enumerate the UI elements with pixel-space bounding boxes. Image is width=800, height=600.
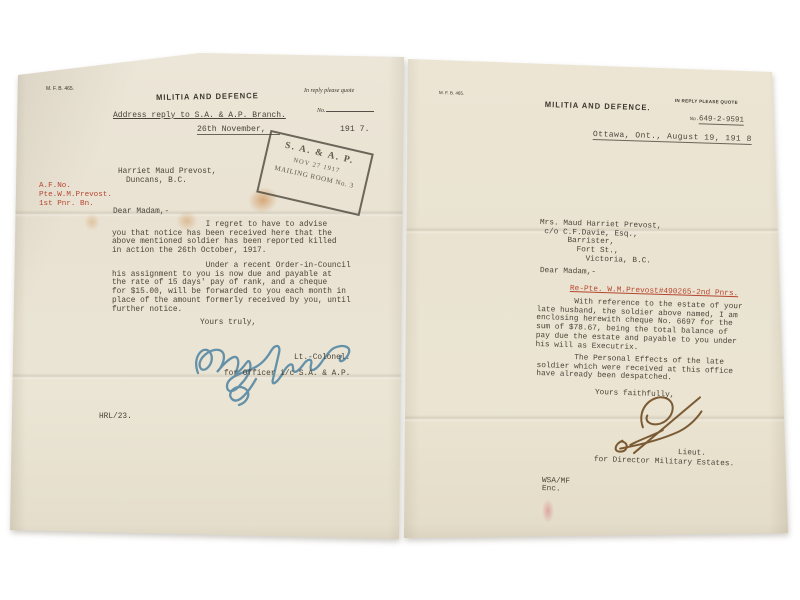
form-number: M. F. B. 465. [439, 90, 464, 96]
fold-crease [404, 415, 788, 422]
signature-for: for Director Military Estates. [594, 456, 735, 469]
reply-no-field: No. [317, 104, 374, 114]
form-number: M. F. B. 465. [46, 86, 74, 92]
date-text: Ottawa, Ont., August 19, 191 8 [593, 130, 752, 145]
date-year: 191 7. [340, 126, 369, 135]
date-text: 26th November, [197, 125, 280, 135]
blank-line [326, 104, 374, 112]
pink-stain [542, 499, 554, 523]
typist-reference: HRL/23. [99, 413, 132, 422]
salutation: Dear Madam,- [540, 267, 596, 277]
file-no-value: 649-2-9591 [699, 115, 744, 125]
reply-no-label: No. [317, 108, 326, 114]
reference-line-red: Re-Pte. W.M.Prevost#490265-2nd Pnrs. [570, 285, 739, 299]
signature-rank: Lieut. [678, 449, 706, 459]
reply-quote-label: In reply please quote [304, 88, 354, 94]
letterhead-title: MILITIA AND DEFENCE [156, 91, 259, 102]
signature-for: for Officer i/c S.A. & A.P. [224, 370, 350, 379]
left-letter-paper: M. F. B. 465. MILITIA AND DEFENCE In rep… [10, 53, 404, 539]
paragraph-1: With reference to the estate of your lat… [535, 297, 742, 356]
left-letter: M. F. B. 465. MILITIA AND DEFENCE In rep… [10, 53, 404, 539]
address-reply-line: Address reply to S.A. & A.P. Branch. [113, 112, 286, 121]
date-line: 26th November, [197, 126, 280, 135]
file-no-label: No. [690, 116, 699, 122]
paragraph-2: The Personal Effects of the late soldier… [536, 353, 733, 385]
date-line: Ottawa, Ont., August 19, 191 8 [593, 131, 752, 145]
signature-rank: Lt.-Colonel. [294, 354, 350, 363]
salutation: Dear Madam,- [113, 208, 169, 217]
paragraph-2: Under a recent Order-in-Council his assi… [112, 262, 351, 314]
mailing-room-stamp: S. A. & A. P. NOV 27 1917 MAILING ROOM N… [256, 130, 374, 216]
letterhead-title: MILITIA AND DEFENCE. [545, 100, 651, 112]
blue-ink-signature [188, 321, 368, 409]
photo-of-letters: M. F. B. 465. MILITIA AND DEFENCE In rep… [0, 0, 800, 600]
paragraph-1: I regret to have to advise you that noti… [112, 221, 337, 256]
recipient-block: Mrs. Maud Harriet Prevost, c/o C.F.Davie… [539, 219, 662, 266]
enclosure-note: Enc. [542, 485, 561, 494]
recipient-city: Duncans, B.C. [126, 177, 187, 186]
right-letter-paper: M. F. B. 465. MILITIA AND DEFENCE. IN RE… [404, 59, 788, 538]
recipient-name: Harriet Maud Prevost, [118, 168, 216, 177]
right-letter: M. F. B. 465. MILITIA AND DEFENCE. IN RE… [404, 59, 788, 538]
reply-quote-label: IN REPLY PLEASE QUOTE [675, 98, 738, 105]
file-number: No.649-2-9591 [690, 115, 744, 125]
margin-note-red: A.F.No. Pte.W.M.Prevost. 1st Pnr. Bn. [39, 182, 112, 209]
